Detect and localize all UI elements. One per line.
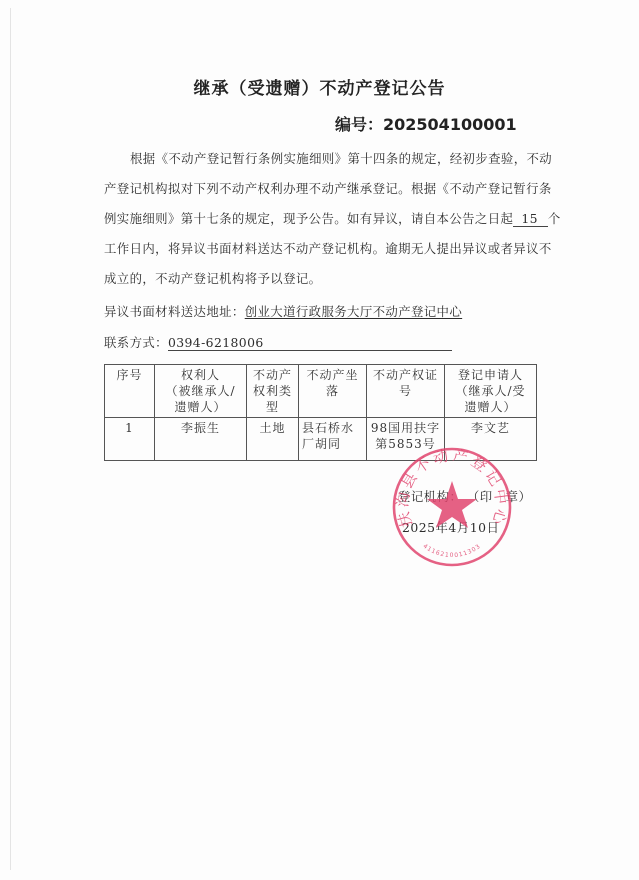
- table-header-cell: 权利人（被继承人/遗赠人）: [155, 365, 247, 418]
- body-line: 工作日内，将异议书面材料送达不动产登记机构。逾期无人提出异议或者异议不: [104, 234, 560, 264]
- registration-authority: 登记机构： （印 章）: [398, 487, 531, 505]
- body-line: 产登记机构拟对下列不动产权利办理不动产继承登记。根据《不动产登记暂行条: [104, 174, 560, 204]
- contact-value: 0394-6218006: [168, 336, 452, 351]
- table-header-cell: 登记申请人（继承人/受遗赠人）: [445, 365, 537, 418]
- body-line: 例实施细则》第十七条的规定，现予公告。如有异议，请自本公告之日起15个: [104, 204, 560, 234]
- body-line: 根据《不动产登记暂行条例实施细则》第十四条的规定，经初步查验，不动: [104, 144, 560, 174]
- body-line: 成立的，不动产登记机构将予以登记。: [104, 264, 560, 294]
- document-title: 继承（受遗赠）不动产登记公告: [0, 74, 639, 99]
- svg-text:4116210011303: 4116210011303: [422, 543, 483, 559]
- stamp-code-text: 4116210011303: [422, 543, 483, 559]
- announcement-date: 2025年4月10日: [402, 518, 499, 536]
- table-cell: 98国用扶字第5853号: [367, 418, 445, 461]
- official-seal-stamp: 扶沟县不动产登记中心 4116210011303: [390, 445, 514, 569]
- page-edge: [10, 8, 11, 870]
- registration-table: 序号权利人（被继承人/遗赠人）不动产权利类型不动产坐落不动产权证号登记申请人（继…: [104, 364, 537, 461]
- address-label: 异议书面材料送达地址：: [104, 304, 245, 319]
- document-number-label: 编号：: [335, 115, 383, 134]
- announcement-body: 根据《不动产登记暂行条例实施细则》第十四条的规定，经初步查验，不动 产登记机构拟…: [104, 144, 560, 294]
- table-header-row: 序号权利人（被继承人/遗赠人）不动产权利类型不动产坐落不动产权证号登记申请人（继…: [105, 365, 537, 418]
- objection-address: 异议书面材料送达地址：创业大道行政服务大厅不动产登记中心: [104, 302, 462, 320]
- table-header-cell: 序号: [105, 365, 155, 418]
- table-row: 1李振生土地县石桥水厂胡同98国用扶字第5853号李文艺: [105, 418, 537, 461]
- table-header-cell: 不动产权利类型: [247, 365, 299, 418]
- table-cell: 李文艺: [445, 418, 537, 461]
- objection-days: 15: [513, 212, 548, 227]
- contact-info: 联系方式：0394-6218006: [104, 333, 452, 351]
- table-cell: 1: [105, 418, 155, 461]
- contact-label: 联系方式：: [104, 335, 168, 350]
- table-cell: 县石桥水厂胡同: [299, 418, 367, 461]
- authority-label: 登记机构：: [398, 489, 462, 504]
- seal-note: （印 章）: [467, 489, 531, 504]
- table-header-cell: 不动产坐落: [299, 365, 367, 418]
- table-cell: 土地: [247, 418, 299, 461]
- address-value: 创业大道行政服务大厅不动产登记中心: [245, 305, 462, 319]
- document-number-value: 202504100001: [383, 115, 517, 134]
- document-number: 编号：202504100001: [335, 112, 517, 135]
- table-cell: 李振生: [155, 418, 247, 461]
- table-header-cell: 不动产权证号: [367, 365, 445, 418]
